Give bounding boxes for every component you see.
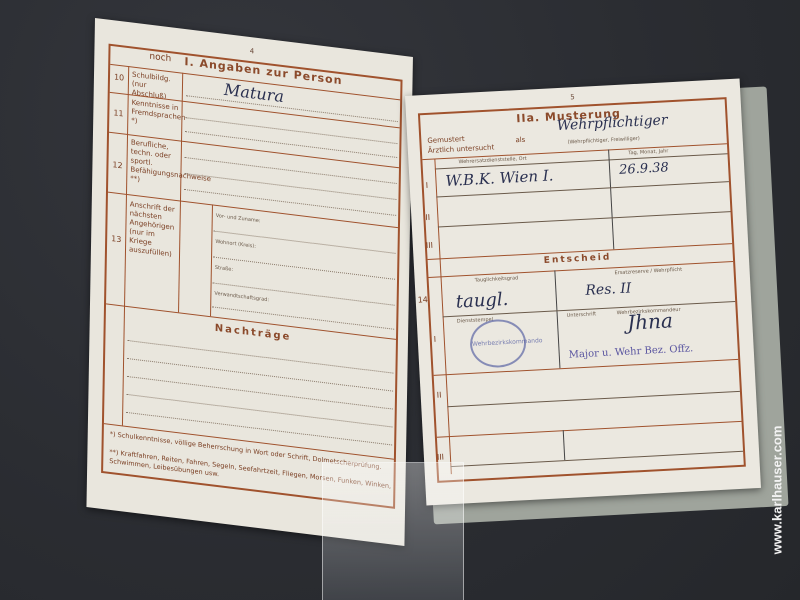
row-number: III: [437, 452, 445, 461]
row-label: Anschrift der nächsten Angehörigen (nur …: [129, 200, 180, 260]
page-number: 5: [570, 93, 575, 101]
row-number: III: [426, 241, 434, 250]
als-label: als: [515, 136, 525, 146]
acrylic-display-stand: [322, 462, 464, 600]
watermark: www.karlhauser.com: [762, 390, 792, 590]
musterung-date: 26.9.38: [619, 160, 669, 178]
row-number: II: [436, 391, 441, 400]
row-number: 10: [114, 72, 124, 82]
signature: Jhna: [627, 308, 674, 334]
row-number: 11: [113, 108, 123, 118]
page-number: 4: [250, 47, 255, 56]
document-photo: 4 noch I. Angaben zur Person 10 Schulbil…: [0, 0, 800, 600]
tauglichkeit-value: taugl.: [455, 289, 509, 313]
reserve-value: Res. II: [585, 280, 632, 298]
row-number: I: [425, 181, 428, 190]
row-number: I: [434, 335, 437, 344]
watermark-text: www.karlhauser.com: [770, 426, 785, 555]
row-number: 13: [111, 234, 121, 244]
section-number: 14: [417, 295, 428, 305]
row-number: II: [425, 213, 430, 222]
right-page: 5 IIa. Musterung Gemustert Ärztlich unte…: [405, 78, 761, 505]
row-number: 12: [112, 160, 122, 170]
row-label: Berufliche, techn. oder sportl. Befähigu…: [130, 138, 181, 189]
